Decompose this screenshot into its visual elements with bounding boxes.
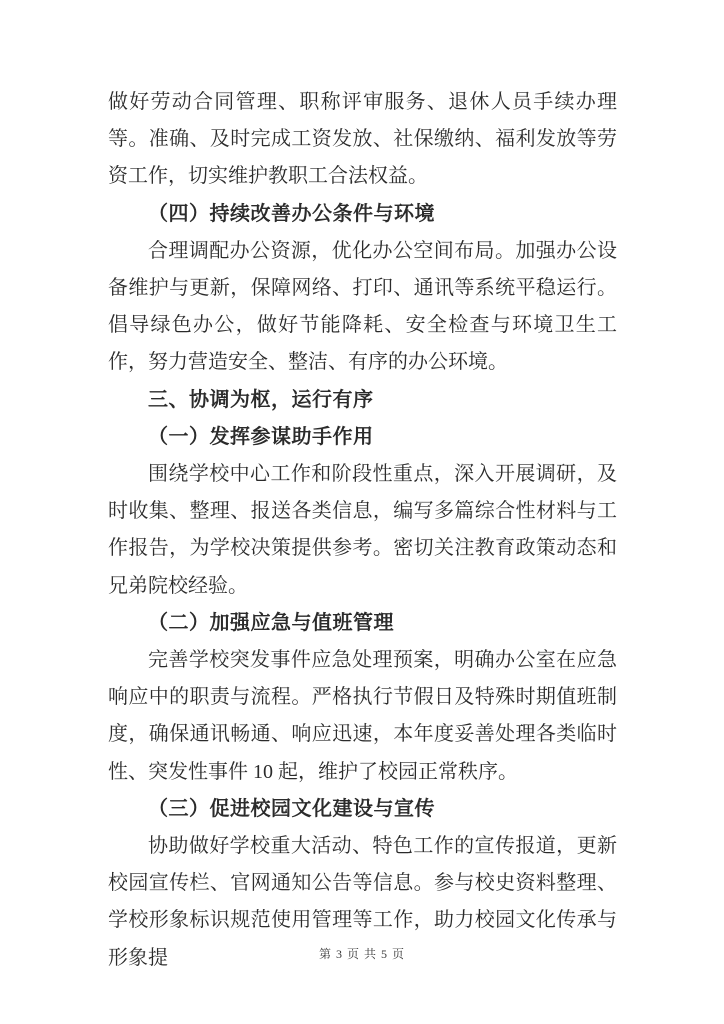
paragraph: 围绕学校中心工作和阶段性重点，深入开展调研，及时收集、整理、报送各类信息，编写多… — [108, 456, 617, 605]
paragraph-continuation: 做好劳动合同管理、职称评审服务、退休人员手续办理等。准确、及时完成工资发放、社保… — [108, 84, 617, 196]
document-body: 做好劳动合同管理、职称评审服务、退休人员手续办理等。准确、及时完成工资发放、社保… — [108, 84, 617, 977]
section-heading-3: （三）促进校园文化建设与宣传 — [108, 791, 617, 828]
paragraph: 完善学校突发事件应急处理预案，明确办公室在应急响应中的职责与流程。严格执行节假日… — [108, 642, 617, 791]
page-number: 第 3 页 共 5 页 — [319, 947, 405, 961]
chapter-heading-3: 三、协调为枢，运行有序 — [108, 382, 617, 419]
page-footer: 第 3 页 共 5 页 — [0, 946, 724, 962]
section-heading-1: （一）发挥参谋助手作用 — [108, 419, 617, 456]
section-heading-4: （四）持续改善办公条件与环境 — [108, 196, 617, 233]
section-heading-2: （二）加强应急与值班管理 — [108, 605, 617, 642]
document-page: 做好劳动合同管理、职称评审服务、退休人员手续办理等。准确、及时完成工资发放、社保… — [0, 0, 724, 1024]
paragraph: 合理调配办公资源，优化办公空间布局。加强办公设备维护与更新，保障网络、打印、通讯… — [108, 233, 617, 382]
